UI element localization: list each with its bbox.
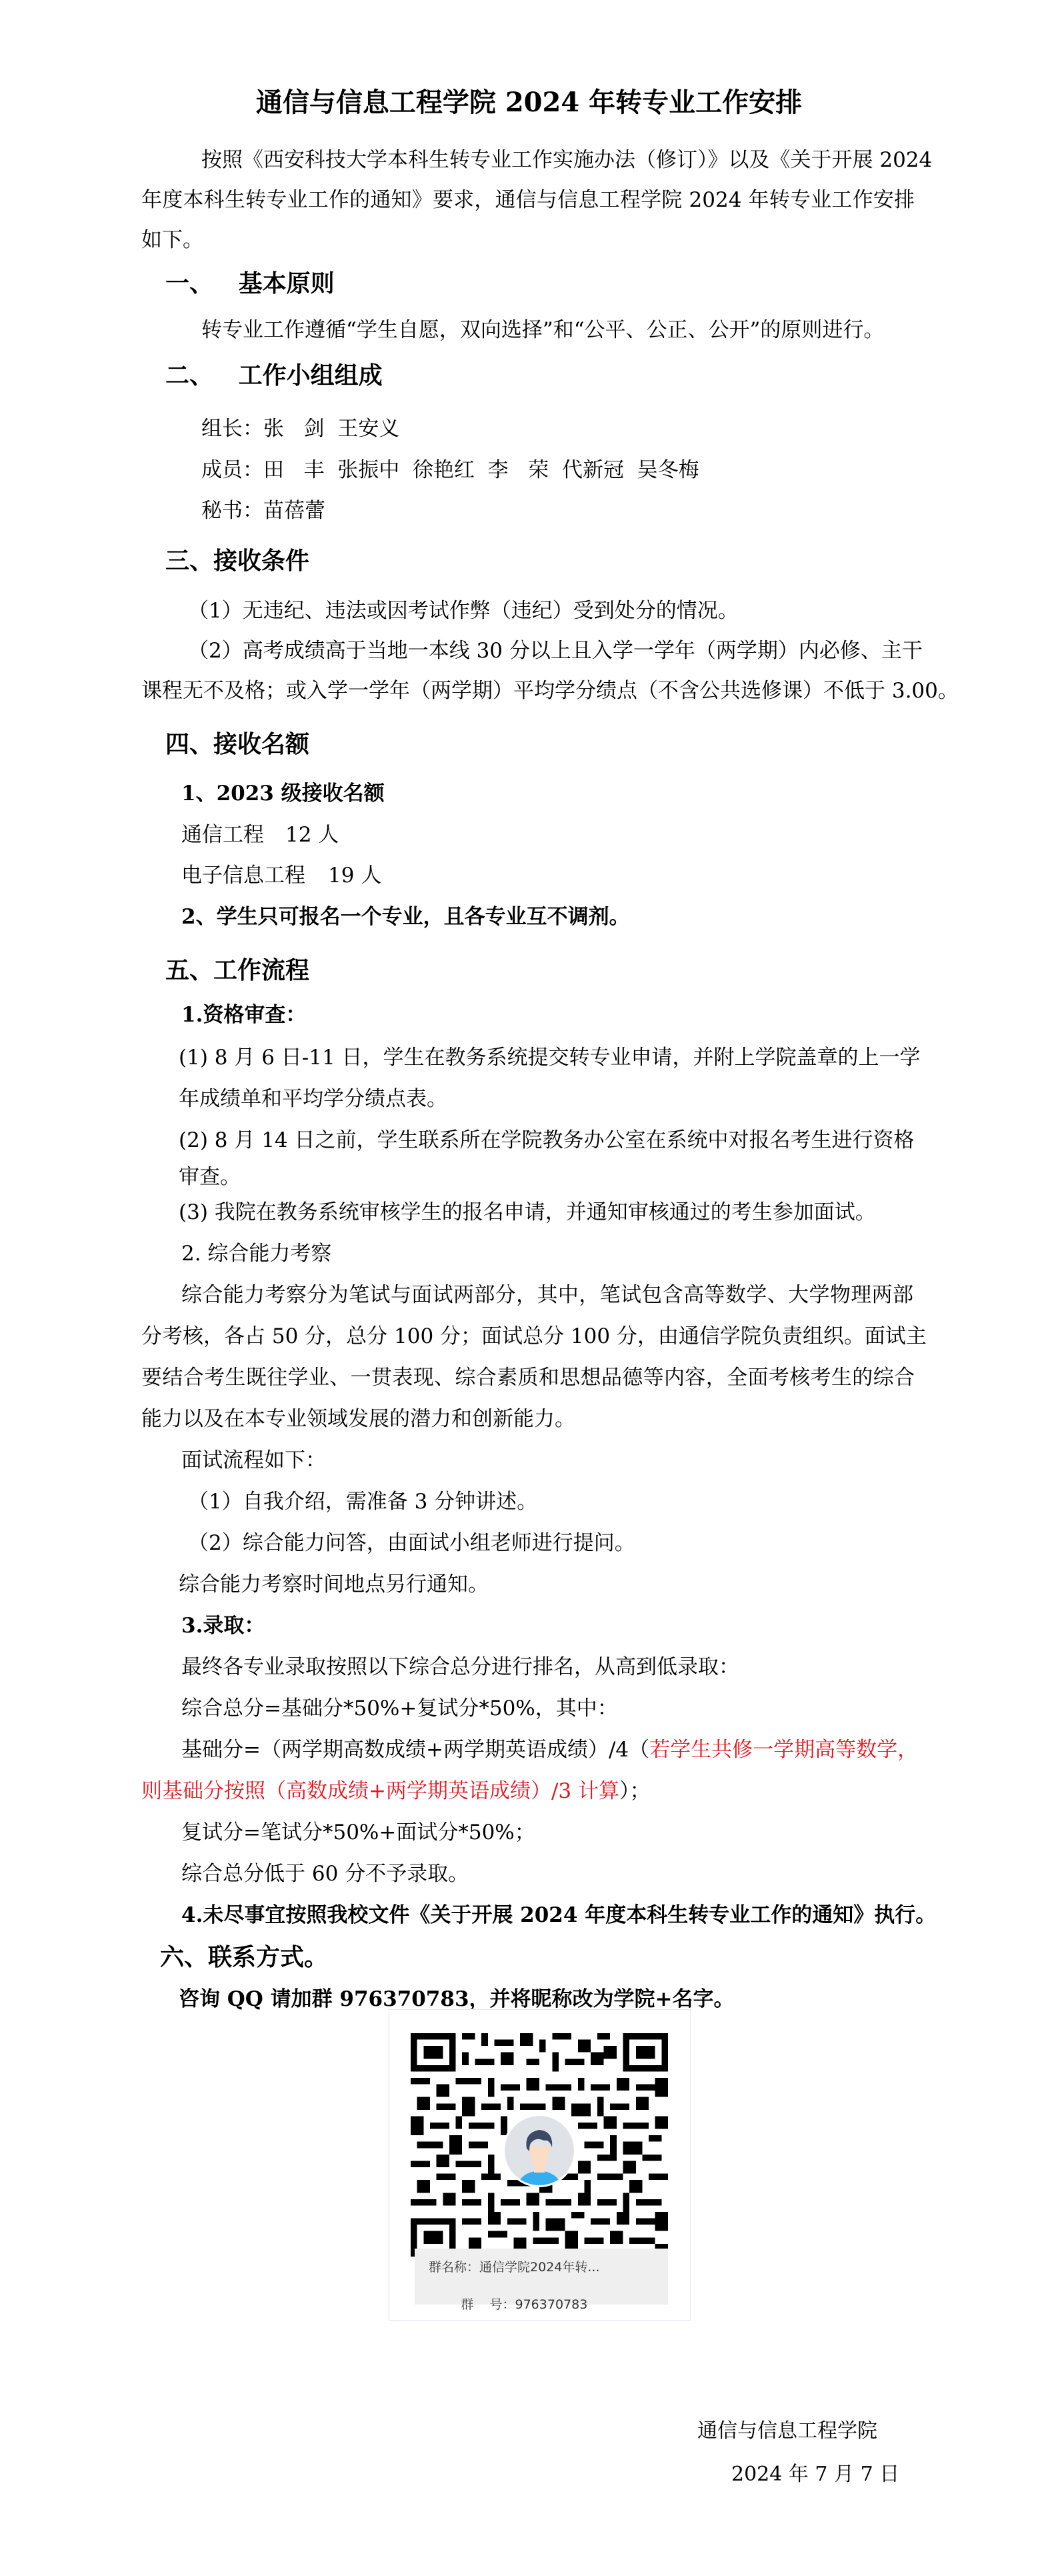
step-2-paragraph-line-4: 能力以及在本专业领域发展的潜力和创新能力。 <box>141 1406 575 1432</box>
contact-instructions: 咨询 QQ 请加群 976370783，并将昵称改为学院+名字。 <box>179 1986 735 2013</box>
step-2-paragraph-line-2: 分考核，各占 50 分，总分 100 分；面试总分 100 分，由通信学院负责组… <box>141 1323 915 1350</box>
step-1-item-2-line-2: 审查。 <box>179 1164 241 1190</box>
section-1-heading: 一、 基本原则 <box>165 268 335 299</box>
section-3-heading: 三、接收条件 <box>165 545 309 576</box>
section-1-body: 转专业工作遵循“学生自愿，双向选择”和“公平、公正、公开”的原则进行。 <box>201 317 884 343</box>
group-secretary: 秘书：苗蓓蕾 <box>201 497 325 524</box>
document-page: 通信与信息工程学院 2024 年转专业工作安排 按照《西安科技大学本科生转专业工… <box>0 0 1058 2576</box>
interview-step-1: （1）自我介绍，需准备 3 分钟讲述。 <box>188 1488 537 1515</box>
step-1-heading: 1.资格审查： <box>181 1002 306 1028</box>
qq-group-qr-card: 群名称：通信学院2024年转... 群 号：976370783 <box>389 2009 691 2321</box>
section-5-heading: 五、工作流程 <box>165 955 309 986</box>
step-4-rule: 4.未尽事宜按照我校文件《关于开展 2024 年度本科生转专业工作的通知》执行。 <box>181 1902 936 1928</box>
group-number-row: 群 号：976370783 <box>429 2280 587 2327</box>
group-number-value: 976370783 <box>515 2297 588 2312</box>
user-avatar-icon <box>503 2114 576 2187</box>
condition-2-line-1: （2）高考成绩高于当地一本线 30 分以上且入学一学年（两学期）内必修、主干 <box>188 637 913 664</box>
step-1-item-2-line-1: (2) 8 月 14 日之前，学生联系所在学院教务办公室在系统中对报名考生进行资… <box>179 1127 913 1154</box>
avatar <box>503 2114 576 2187</box>
group-number-label: 群 号： <box>461 2297 515 2312</box>
basic-score-formula-line-1: 基础分=（两学期高数成绩+两学期英语成绩）/4（若学生共修一学期高等数学， <box>181 1736 918 1763</box>
step-3-heading: 3.录取： <box>181 1612 265 1639</box>
intro-line-3: 如下。 <box>141 227 203 253</box>
signature-organization: 通信与信息工程学院 <box>697 2414 877 2443</box>
condition-1: （1）无违纪、违法或因考试作弊（违纪）受到处分的情况。 <box>188 597 739 624</box>
group-members: 成员：田 丰 张振中 徐艳红 李 荣 代新冠 吴冬梅 <box>201 457 699 483</box>
interview-intro: 面试流程如下： <box>181 1447 326 1474</box>
group-leader: 组长：张 剑 王安义 <box>201 415 399 442</box>
quota-major: 电子信息工程 <box>181 862 305 889</box>
total-score-formula: 综合总分=基础分*50%+复试分*50%，其中： <box>181 1695 618 1722</box>
retest-score-formula: 复试分=笔试分*50%+面试分*50%； <box>181 1819 535 1846</box>
qr-caption: 群名称：通信学院2024年转... 群 号：976370783 <box>415 2249 668 2305</box>
ranking-rule: 最终各专业录取按照以下综合总分进行排名，从高到低录取： <box>181 1654 739 1680</box>
signature-date: 2024 年 7 月 7 日 <box>731 2457 899 2487</box>
qr-code-image[interactable] <box>411 2033 668 2257</box>
condition-2-line-2: 课程无不及格；或入学一学年（两学期）平均学分绩点（不含公共选修课）不低于 3.0… <box>141 678 915 704</box>
quota-count: 12 人 <box>285 822 339 848</box>
intro-line-2: 年度本科生转专业工作的通知》要求，通信与信息工程学院 2024 年转专业工作安排 <box>141 187 915 213</box>
step-1-item-1-line-2: 年成绩单和平均学分绩点表。 <box>179 1086 447 1112</box>
basic-score-formula-line-2: 则基础分按照（高数成绩+两学期英语成绩）/3 计算）； <box>141 1778 651 1804</box>
step-1-item-3: (3) 我院在教务系统审核学生的报名申请，并通知审核通过的考生参加面试。 <box>179 1199 876 1226</box>
basic-score-suffix: ）； <box>619 1779 651 1803</box>
intro-line-1: 按照《西安科技大学本科生转专业工作实施办法（修订）》以及《关于开展 2024 <box>201 147 913 173</box>
single-major-rule: 2、学生只可报名一个专业，且各专业互不调剂。 <box>181 904 630 930</box>
page-title: 通信与信息工程学院 2024 年转专业工作安排 <box>0 86 1058 119</box>
quota-major: 通信工程 <box>181 822 264 848</box>
basic-score-prefix: 基础分=（两学期高数成绩+两学期英语成绩）/4（ <box>181 1738 649 1762</box>
step-2-heading: 2. 综合能力考察 <box>181 1240 331 1267</box>
section-2-heading: 二、 工作小组组成 <box>165 360 383 391</box>
basic-score-exception-2: 则基础分按照（高数成绩+两学期英语成绩）/3 计算 <box>141 1779 619 1803</box>
step-2-paragraph-line-3: 要结合考生既往学业、一贯表现、综合素质和思想品德等内容，全面考核考生的综合 <box>141 1364 915 1391</box>
interview-step-2: （2）综合能力问答，由面试小组老师进行提问。 <box>188 1530 635 1556</box>
group-name-value: 通信学院2024年转... <box>479 2260 599 2275</box>
step-2-paragraph-line-1: 综合能力考察分为笔试与面试两部分，其中，笔试包含高等数学、大学物理两部 <box>181 1282 913 1308</box>
group-name-label: 群名称： <box>429 2260 479 2275</box>
section-6-heading: 六、联系方式。 <box>160 1942 328 1973</box>
interview-notice: 综合能力考察时间地点另行通知。 <box>179 1571 489 1598</box>
section-4-heading: 四、接收名额 <box>165 729 309 760</box>
step-1-item-1-line-1: (1) 8 月 6 日-11 日，学生在教务系统提交转专业申请，并附上学院盖章的… <box>179 1044 913 1071</box>
group-name-row: 群名称：通信学院2024年转... <box>429 2257 600 2275</box>
quota-subheading: 1、2023 级接收名额 <box>181 780 385 807</box>
quota-count: 19 人 <box>328 862 381 889</box>
basic-score-exception-1: 若学生共修一学期高等数学， <box>649 1738 918 1762</box>
minimum-score-rule: 综合总分低于 60 分不予录取。 <box>181 1860 469 1887</box>
